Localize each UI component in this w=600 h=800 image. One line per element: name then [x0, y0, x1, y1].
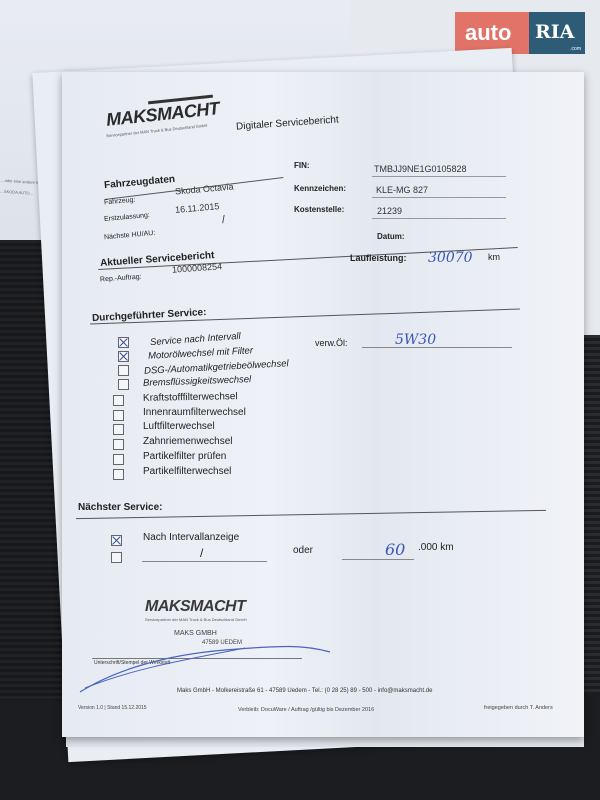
or-label: oder: [293, 545, 313, 556]
fin-value: TMBJJ9NE1G0105828: [374, 164, 467, 174]
km-suffix: .000 km: [418, 542, 454, 553]
service-item-label: Partikelfilterwechsel: [143, 466, 231, 477]
next-service-title: Nächster Service:: [78, 502, 163, 513]
divider: [372, 176, 506, 177]
service-checkbox[interactable]: [113, 424, 124, 435]
divider: [372, 197, 506, 198]
watermark-domain: .com: [570, 46, 581, 52]
oil-line: [362, 347, 512, 348]
footer-version: Version 1.0 | Stand 15.12.2015: [78, 705, 147, 711]
footer-approved: freigegeben durch T. Anders: [484, 705, 553, 711]
next-service-date-checkbox[interactable]: [111, 552, 122, 563]
service-checkbox[interactable]: [113, 439, 124, 450]
date-line: [142, 561, 267, 562]
service-item-label: Kraftstofffilterwechsel: [143, 391, 238, 404]
cost-center-value: 21239: [377, 206, 402, 216]
next-service-interval-checkbox[interactable]: [111, 535, 122, 546]
oil-label: verw.Öl:: [315, 338, 348, 348]
service-item-label: Innenraumfilterwechsel: [143, 407, 246, 418]
autoria-watermark: auto RIA.com: [455, 12, 585, 54]
service-checkbox[interactable]: [113, 469, 124, 480]
service-checkbox[interactable]: [118, 365, 129, 376]
plate-value: KLE-MG 827: [376, 185, 428, 195]
plate-label: Kennzeichen:: [294, 184, 346, 193]
service-checkbox[interactable]: [113, 395, 124, 406]
mileage-label: Laufleistung:: [350, 253, 407, 263]
watermark-auto: auto: [455, 12, 529, 54]
service-checkbox[interactable]: [118, 351, 129, 362]
cost-center-label: Kostenstelle:: [294, 205, 344, 214]
service-item-label: Luftfilterwechsel: [143, 421, 215, 432]
service-checkbox[interactable]: [113, 410, 124, 421]
service-checkbox[interactable]: [118, 379, 129, 390]
next-service-km-value: 60: [385, 540, 405, 559]
next-service-date-value: /: [200, 546, 203, 560]
watermark-ria: RIA.com: [529, 12, 585, 54]
divider: [372, 218, 506, 219]
km-line: [342, 559, 414, 560]
service-checkbox[interactable]: [118, 337, 129, 348]
footer-address: Maks GmbH - Molkereistraße 61 - 47589 Ue…: [177, 688, 432, 694]
stamp-logo: MAKSMACHT: [145, 598, 245, 616]
mileage-value: 30070: [428, 250, 473, 266]
next-service-interval-label: Nach Intervallanzeige: [143, 532, 239, 543]
footer-storage: Verbleib: DocuWare / Auftrag /gültig bis…: [238, 707, 374, 713]
oil-value: 5W30: [395, 332, 436, 348]
date-label: Datum:: [377, 232, 405, 241]
service-item-label: Partikelfilter prüfen: [143, 451, 226, 462]
watermark-ria-text: RIA: [535, 21, 574, 43]
fin-label: FIN:: [294, 161, 310, 170]
service-item-label: Zahnriemenwechsel: [143, 436, 233, 447]
mileage-unit: km: [488, 252, 500, 262]
service-checkbox[interactable]: [113, 454, 124, 465]
stamp-subtitle: Servicepartner der MAN Truck & Bus Deuts…: [145, 617, 247, 622]
